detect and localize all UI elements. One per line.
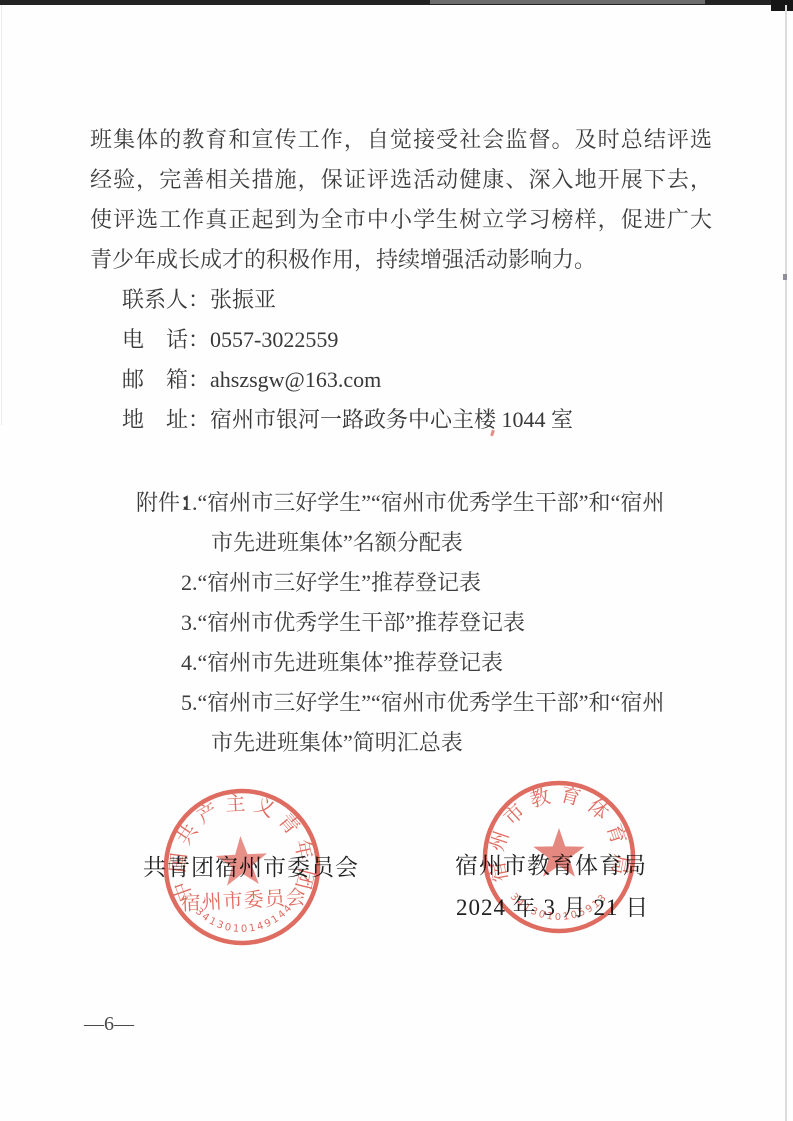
scan-artifact-top-strip-light: [430, 0, 705, 4]
body-paragraph: 班集体的教育和宣传工作，自觉接受社会监督。及时总结评选 经验，完善相关措施，保证…: [90, 120, 712, 280]
attachment-text: “宿州市先进班集体”推荐登记表: [198, 650, 504, 675]
contact-value: 0557-3022559: [210, 320, 338, 360]
attachments-list: 1.“宿州市三好学生”“宿州市优秀学生干部”和“宿州 市先进班集体”名额分配表 …: [181, 483, 664, 763]
scan-artifact-corner: [771, 0, 793, 11]
scan-artifact-left-line: [1, 5, 2, 425]
paragraph-line: 使评选工作真正起到为全市中小学生树立学习榜样，促进广大: [90, 200, 712, 240]
contact-label: 地 址：: [122, 400, 210, 440]
attachment-item: 4.“宿州市先进班集体”推荐登记表: [181, 643, 664, 683]
paragraph-line: 青少年成长成才的积极作用，持续增强活动影响力。: [90, 240, 712, 280]
attachment-text: “宿州市三好学生”“宿州市优秀学生干部”和“宿州: [198, 690, 665, 715]
scan-speck: [783, 274, 787, 280]
attachment-text: 市先进班集体”名额分配表: [211, 530, 463, 555]
seal-serial-text: 3413010105913: [508, 891, 610, 923]
attachment-text: “宿州市优秀学生干部”推荐登记表: [198, 610, 526, 635]
star-icon: [533, 828, 584, 877]
contact-label: 联系人：: [122, 280, 210, 320]
page-number: —6—: [84, 1013, 134, 1036]
contact-value: 张振亚: [210, 280, 276, 320]
official-seal-education-bureau: 宿州市教育体育局 3413010105913: [479, 777, 639, 937]
contact-label: 电 话：: [122, 320, 210, 360]
paragraph-line: 经验，完善相关措施，保证评选活动健康、深入地开展下去，: [90, 160, 712, 200]
contact-label: 邮 箱：: [122, 360, 210, 400]
attachment-item: 2.“宿州市三好学生”推荐登记表: [181, 563, 664, 603]
attachment-number: 4.: [181, 643, 198, 683]
attachment-item: 1.“宿州市三好学生”“宿州市优秀学生干部”和“宿州: [181, 483, 664, 523]
attachment-number: 3.: [181, 603, 198, 643]
attachment-number: 5.: [181, 683, 198, 723]
contact-value: ahszsgw@163.com: [210, 360, 381, 400]
official-seal-youth-league: 中国共产主义青年团 宿州市委员会 3413010149144: [154, 779, 331, 956]
contact-info: 联系人：张振亚 电 话：0557-3022559 邮 箱：ahszsgw@163…: [122, 280, 573, 440]
attachment-text: 市先进班集体”简明汇总表: [211, 730, 463, 755]
attachment-number: 2.: [181, 563, 198, 603]
contact-value: 宿州市银河一路政务中心主楼 1044 室: [210, 400, 573, 440]
attachment-item-continuation: 市先进班集体”名额分配表: [181, 523, 664, 563]
scan-artifact-right-line: [785, 5, 787, 1121]
contact-address-row: 地 址：宿州市银河一路政务中心主楼 1044 室: [122, 400, 573, 440]
attachment-item: 3.“宿州市优秀学生干部”推荐登记表: [181, 603, 664, 643]
star-icon: [215, 835, 269, 886]
contact-phone-row: 电 话：0557-3022559: [122, 320, 573, 360]
contact-email-row: 邮 箱：ahszsgw@163.com: [122, 360, 573, 400]
attachment-text: “宿州市三好学生”“宿州市优秀学生干部”和“宿州: [198, 490, 665, 515]
document-page: 班集体的教育和宣传工作，自觉接受社会监督。及时总结评选 经验，完善相关措施，保证…: [0, 0, 793, 1121]
paragraph-line: 班集体的教育和宣传工作，自觉接受社会监督。及时总结评选: [90, 120, 712, 160]
attachment-item-continuation: 市先进班集体”简明汇总表: [181, 723, 664, 763]
attachment-text: “宿州市三好学生”推荐登记表: [198, 570, 482, 595]
attachment-number: 1.: [181, 483, 198, 523]
attachment-item: 5.“宿州市三好学生”“宿州市优秀学生干部”和“宿州: [181, 683, 664, 723]
seal-serial-textpath: 3413010105913: [508, 891, 610, 923]
contact-person-row: 联系人：张振亚: [122, 280, 573, 320]
